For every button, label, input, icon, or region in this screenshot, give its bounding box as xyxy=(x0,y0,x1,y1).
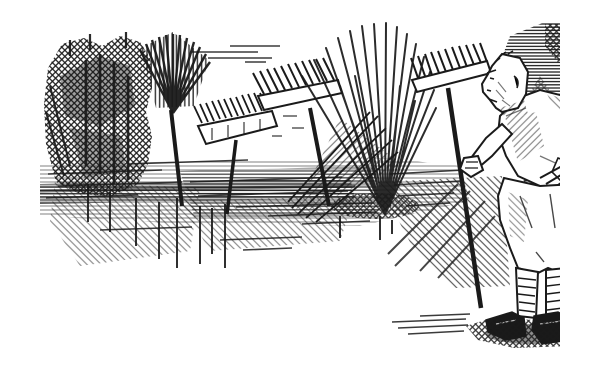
book-illustration: Black-and-white pen-and-ink book illustr… xyxy=(40,16,560,356)
ink-drawing: Black-and-white pen-and-ink book illustr… xyxy=(40,16,560,356)
